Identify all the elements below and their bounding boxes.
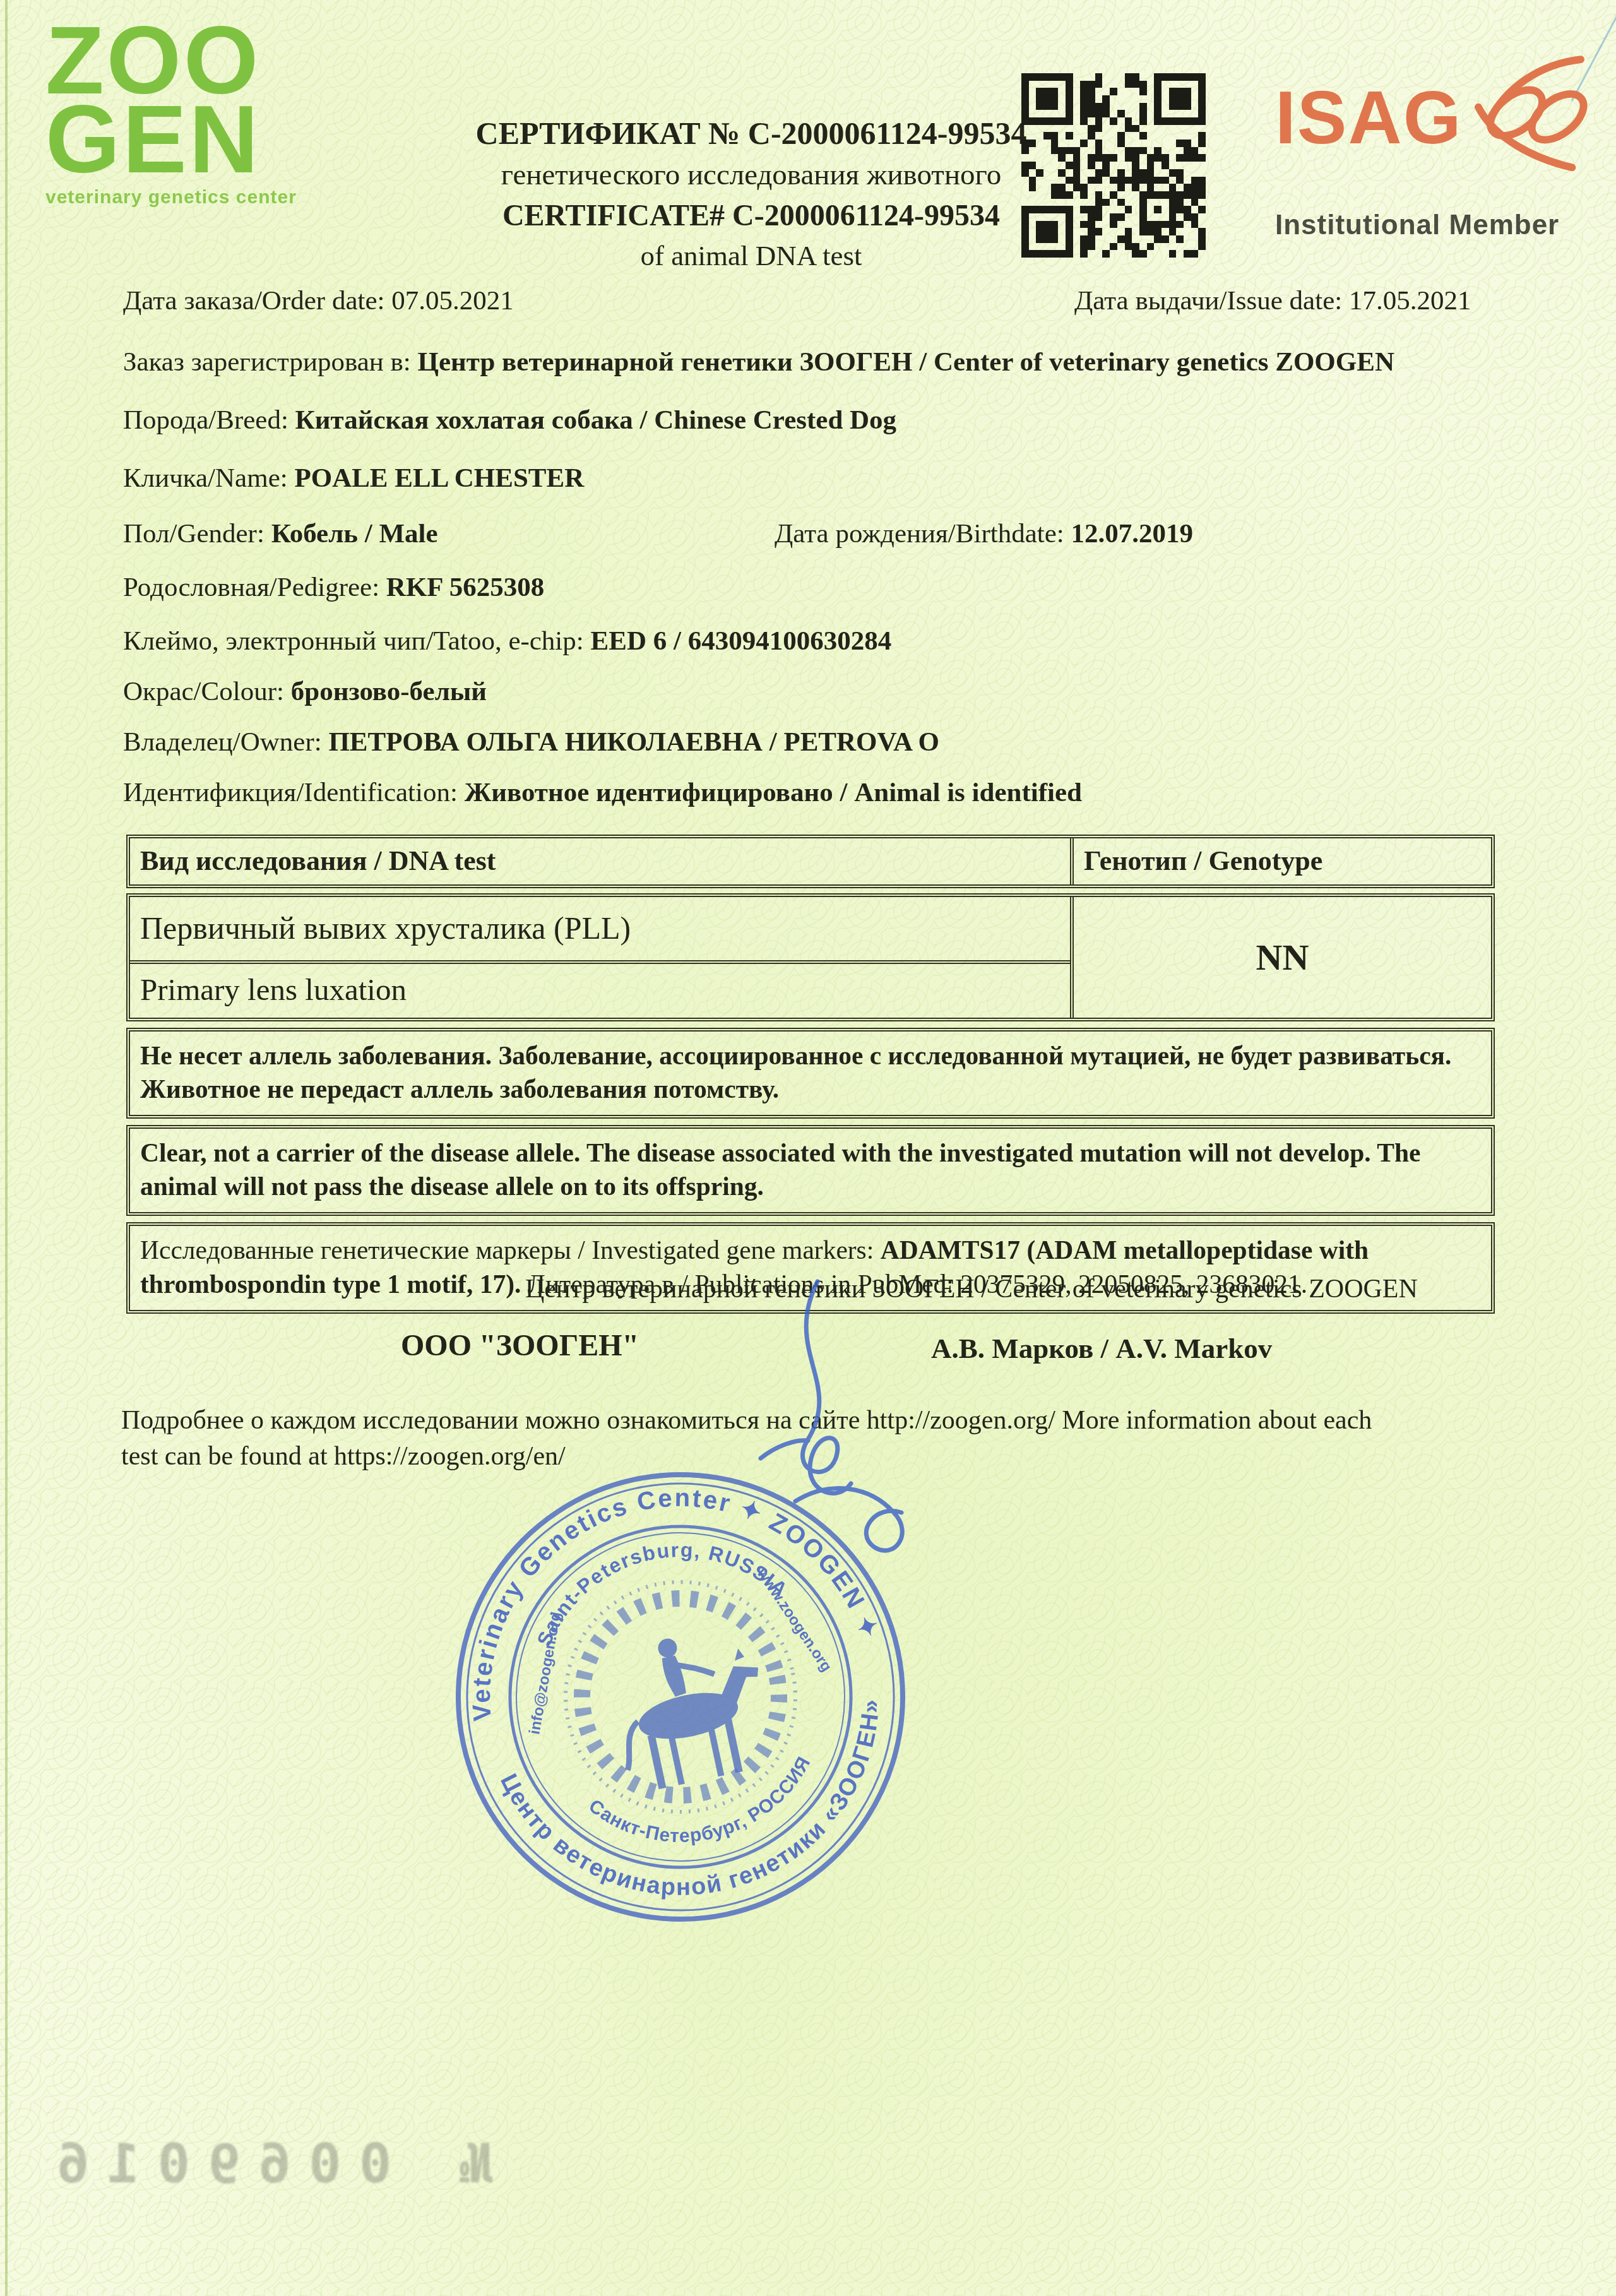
field-label: Родословная/Pedigree: [123, 573, 379, 602]
issue-date-label: Дата выдачи/Issue date: [1074, 286, 1342, 316]
footer-company-name: ООО "ЗООГЕН" [401, 1328, 639, 1363]
zoogen-logo: ZOO GEN veterinary genetics center [45, 21, 297, 206]
qr-code [1021, 73, 1206, 258]
field-value: Центр ветеринарной генетики ЗООГЕН / Cen… [418, 347, 1394, 377]
isag-logo: ISAG Institutional Member [1275, 81, 1603, 241]
certificate-page: ZOO GEN veterinary genetics center СЕРТИ… [0, 0, 1616, 2296]
field-value: Кобель / Male [271, 519, 438, 549]
field-row-colour: Окрас/Colour: бронзово-белый [123, 676, 487, 707]
stamp-email-text: info@zoogen.org [526, 1610, 564, 1735]
field-value: бронзово-белый [291, 677, 487, 706]
scan-edge-line [5, 0, 8, 2296]
markers-label: Исследованные генетические маркеры / Inv… [140, 1235, 874, 1264]
field-label: Порода/Breed: [123, 405, 288, 435]
isag-dna-helix-icon [1471, 45, 1604, 203]
field-row-breed: Порода/Breed: Китайская хохлатая собака … [123, 405, 896, 436]
table-header-genotype: Генотип / Genotype [1070, 838, 1491, 884]
field-value: ПЕТРОВА ОЛЬГА НИКОЛАЕВНА / PETROVA O [328, 727, 939, 757]
table-header-row: Вид исследования / DNA test Генотип / Ge… [126, 835, 1495, 888]
field-value: RKF 5625308 [386, 573, 544, 602]
field-label: Пол/Gender: [123, 519, 264, 549]
field-value: Китайская хохлатая собака / Chinese Cres… [295, 405, 897, 435]
test-name-en: Primary lens luxation [130, 964, 1070, 1018]
certificate-number-en: CERTIFICATE# C-2000061124-99534 [436, 198, 1067, 233]
zoogen-logo-tagline: veterinary genetics center [45, 190, 297, 206]
certificate-number-ru: СЕРТИФИКАТ № С-2000061124-99534 [436, 115, 1067, 152]
certificate-subtitle-ru: генетического исследования животного [436, 158, 1067, 192]
isag-member-text: Institutional Member [1275, 210, 1603, 241]
field-row-registered: Заказ зарегистрирован в: Центр ветеринар… [123, 347, 1394, 378]
field-label: Владелец/Owner: [123, 727, 322, 757]
field-value: 12.07.2019 [1071, 519, 1194, 549]
field-label: Дата рождения/Birthdate: [775, 519, 1064, 549]
dna-test-table: Вид исследования / DNA test Генотип / Ge… [126, 835, 1495, 1320]
form-number-watermark: № 0069016 [39, 2132, 492, 2196]
field-label: Окрас/Colour: [123, 677, 284, 706]
certificate-subtitle-en: of animal DNA test [436, 239, 1067, 272]
footer-signer-name: А.В. Марков / A.V. Markov [931, 1332, 1272, 1365]
field-row-gender: Пол/Gender: Кобель / Male Дата рождения/… [123, 518, 1493, 549]
result-description-ru: Не несет аллель заболевания. Заболевание… [126, 1028, 1495, 1119]
issue-date-row: Дата выдачи/Issue date: 17.05.2021 [1074, 285, 1471, 316]
result-description-en: Clear, not a carrier of the disease alle… [126, 1125, 1495, 1216]
field-label: Заказ зарегистрирован в: [123, 347, 411, 377]
order-date-row: Дата заказа/Order date: 07.05.2021 [123, 285, 514, 316]
table-header-dna-test: Вид исследования / DNA test [130, 838, 1070, 884]
issue-date-value: 17.05.2021 [1349, 286, 1471, 316]
field-label: Кличка/Name: [123, 463, 288, 493]
field-row-chip: Клеймо, электронный чип/Tatoo, e-chip: E… [123, 626, 891, 657]
table-test-row: Первичный вывих хрусталика (PLL) Primary… [126, 893, 1495, 1021]
field-row-name: Кличка/Name: POALE ELL CHESTER [123, 463, 584, 494]
field-row-pedigree: Родословная/Pedigree: RKF 5625308 [123, 572, 544, 603]
field-label: Клеймо, электронный чип/Tatoo, e-chip: [123, 626, 584, 656]
field-label: Идентификция/Identification: [123, 778, 458, 807]
field-value: POALE ELL CHESTER [294, 463, 584, 493]
footer-info-line-2: test can be found at https://zoogen.org/… [121, 1441, 566, 1472]
order-date-label: Дата заказа/Order date: [123, 286, 384, 316]
isag-logo-text: ISAG [1275, 81, 1463, 155]
genotype-value: NN [1070, 897, 1491, 1018]
test-name-ru: Первичный вывих хрусталика (PLL) [130, 897, 1070, 964]
field-row-identification: Идентификция/Identification: Животное ид… [123, 777, 1082, 808]
certificate-title-block: СЕРТИФИКАТ № С-2000061124-99534 генетиче… [436, 115, 1067, 278]
field-row-birthdate: Дата рождения/Birthdate: 12.07.2019 [775, 518, 1193, 549]
field-value: EED 6 / 643094100630284 [591, 626, 892, 656]
field-row-owner: Владелец/Owner: ПЕТРОВА ОЛЬГА НИКОЛАЕВНА… [123, 727, 939, 758]
zoogen-logo-line2: GEN [45, 100, 297, 179]
order-date-value: 07.05.2021 [391, 286, 514, 316]
signature-scribble [701, 1269, 972, 1585]
field-value: Животное идентифицировано / Animal is id… [465, 778, 1082, 807]
